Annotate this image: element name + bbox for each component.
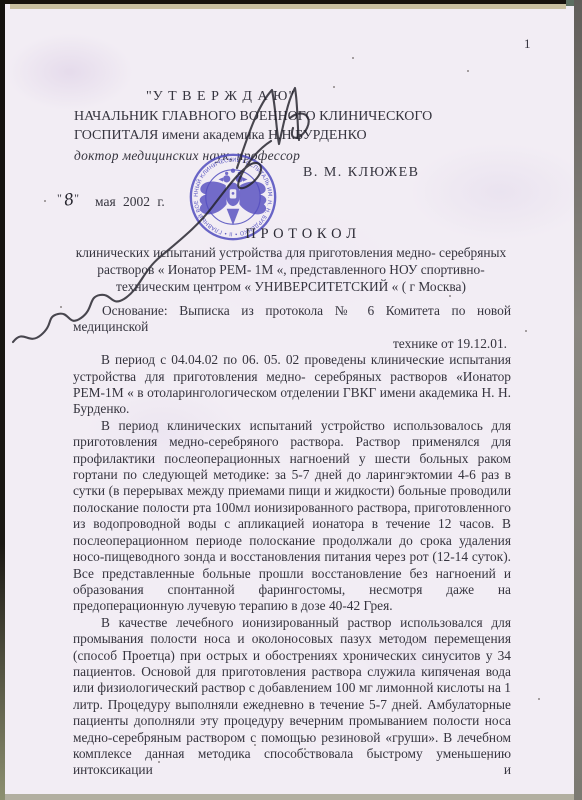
scan-speck xyxy=(254,744,256,746)
body-paragraph: В период клинических испытаний устройств… xyxy=(73,418,511,615)
subtitle-line: клинических испытаний устройства для при… xyxy=(0,245,582,262)
date-line: "8"мая 2002 г. xyxy=(57,191,165,210)
scan-edge-left xyxy=(0,0,5,800)
scan-edge-right xyxy=(574,0,582,800)
scan-edge-bottom xyxy=(5,794,574,800)
scan-speck xyxy=(487,758,489,760)
scanned-protocol-page: 1 "У Т В Е Р Ж Д А Ю" НАЧАЛЬНИК ГЛАВНОГО… xyxy=(0,0,582,800)
authority-line-1: НАЧАЛЬНИК ГЛАВНОГО ВОЕННОГО КЛИНИЧЕСКОГО xyxy=(74,107,446,127)
double-eagle-emblem xyxy=(200,169,267,226)
date-close-quote: " xyxy=(74,191,81,205)
scan-speck xyxy=(352,57,354,59)
scan-speck xyxy=(538,698,540,700)
document-body: Основание: Выписка из протокола № 6 Коми… xyxy=(73,303,511,779)
document-title: П Р О Т О К О Л xyxy=(0,226,582,243)
scan-speck xyxy=(158,761,160,763)
body-paragraph: В период с 04.04.02 по 06. 05. 02 провед… xyxy=(73,352,511,418)
subtitle-line: растворов « Ионатор РЕМ- 1М «, представл… xyxy=(0,262,582,279)
basis-line-2: технике от 19.12.01. xyxy=(73,336,511,352)
date-text: мая 2002 г. xyxy=(95,194,165,209)
document-subtitle: клинических испытаний устройства для при… xyxy=(0,245,582,295)
scan-speck xyxy=(525,330,527,332)
signer-name: В. М. КЛЮЖЕВ xyxy=(303,165,419,181)
scan-edge-top-tan xyxy=(10,4,566,9)
scan-speck xyxy=(449,295,451,297)
scan-speck xyxy=(304,748,306,750)
body-paragraph: В качестве лечебного ионизированный раст… xyxy=(73,615,511,779)
scan-speck xyxy=(467,70,469,72)
scan-speck xyxy=(333,86,335,88)
scan-speck xyxy=(44,200,46,202)
scan-speck xyxy=(60,306,62,308)
subtitle-line: техническим центром « УНИВЕРСИТЕТСКИЙ « … xyxy=(0,279,582,296)
approve-word: "У Т В Е Р Ж Д А Ю" xyxy=(74,87,446,107)
page-number: 1 xyxy=(524,36,531,52)
basis-line-1: Основание: Выписка из протокола № 6 Коми… xyxy=(73,303,511,336)
